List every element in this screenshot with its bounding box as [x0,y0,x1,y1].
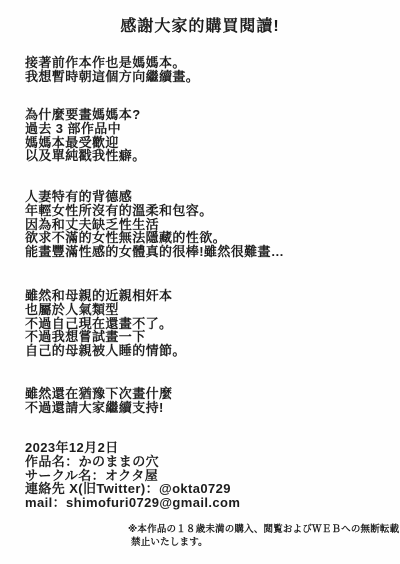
text-line: 媽媽本最受歡迎 [25,136,146,150]
age-disclaimer: ※本作品の１８歳未満の購入、閲覧およびＷＥＢへの無断転載を 禁止いたします。 [128,524,400,549]
paragraph-genre: 雖然和母親的近親相奸本 也屬於人氣類型 不過自己現在還畫不了。 不過我想嘗試畫一… [25,289,186,358]
text-line: 雖然還在猶豫下次畫什麼 [25,387,172,401]
text-line: 因為和丈夫缺乏性生活 [25,218,284,232]
release-date: 2023年12月2日 [25,441,240,455]
text-line: 不過還請大家繼續支持! [25,401,172,415]
text-line: 年輕女性所沒有的溫柔和包容。 [25,204,284,218]
text-line: 也屬於人氣類型 [25,303,186,317]
text-line: 為什麼要畫媽媽本? [25,108,146,122]
paragraph-why-mama: 為什麼要畫媽媽本? 過去 3 部作品中 媽媽本最受歡迎 以及單純戳我性癖。 [25,108,146,163]
text-line: 以及單純戳我性癖。 [25,149,146,163]
afterword-page: 感謝大家的購買閱讀! 接著前作本作也是媽媽本。 我想暫時朝這個方向繼續畫。 為什… [0,0,400,564]
text-line: 接著前作本作也是媽媽本。 [25,56,199,70]
disclaimer-line: ※本作品の１８歳未満の購入、閲覧およびＷＥＢへの無断転載を [128,524,400,537]
text-line: 不過我想嘗試畫一下 [25,330,186,344]
work-title: 作品名：かのままの穴 [25,455,240,469]
page-title: 感謝大家的購買閱讀! [0,13,400,36]
disclaimer-line: 禁止いたします。 [131,537,400,550]
text-line: 我想暫時朝這個方向繼續畫。 [25,70,199,84]
colophon: 2023年12月2日 作品名：かのままの穴 サークル名：オクタ屋 連絡先 X(旧… [25,441,240,510]
circle-name: サークル名：オクタ屋 [25,469,240,483]
paragraph-hitozuma: 人妻特有的背德感 年輕女性所沒有的溫柔和包容。 因為和丈夫缺乏性生活 欲求不滿的… [25,190,284,259]
contact-x-twitter: 連絡先 X(旧Twitter)：@okta0729 [25,482,240,496]
text-line: 欲求不滿的女性無法隱藏的性欲。 [25,231,284,245]
paragraph-closing: 雖然還在猶豫下次畫什麼 不過還請大家繼續支持! [25,387,172,415]
contact-mail: mail：shimofuri0729@gmail.com [25,496,240,510]
text-line: 自己的母親被人睡的情節。 [25,344,186,358]
text-line: 雖然和母親的近親相奸本 [25,289,186,303]
paragraph-intro: 接著前作本作也是媽媽本。 我想暫時朝這個方向繼續畫。 [25,56,199,84]
text-line: 人妻特有的背德感 [25,190,284,204]
text-line: 過去 3 部作品中 [25,122,146,136]
text-line: 能畫豐滿性感的女體真的很棒!雖然很難畫… [25,245,284,259]
text-line: 不過自己現在還畫不了。 [25,317,186,331]
